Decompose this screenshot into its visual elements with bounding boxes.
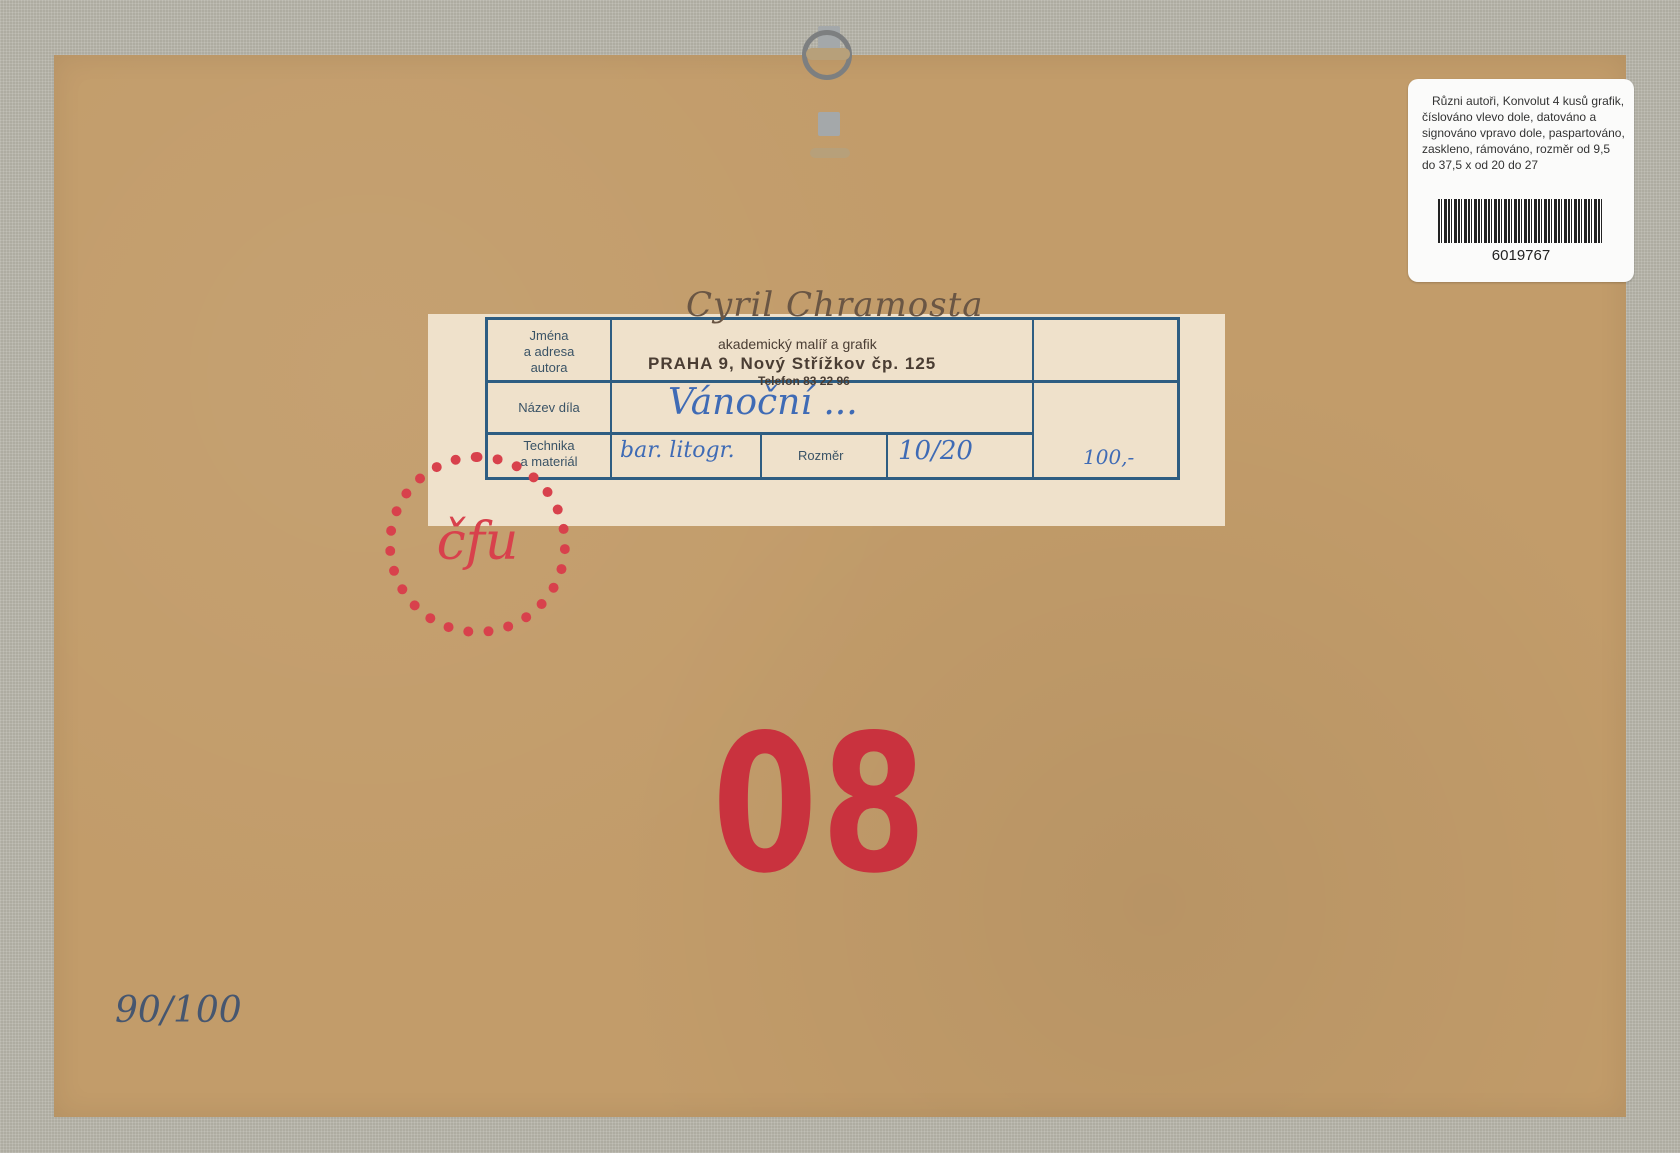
twine-bottom [810,148,850,158]
title-label: Název díla [488,400,610,416]
hanger-strap-bottom [818,112,840,136]
divider [610,320,612,477]
author-label-line: a adresa [488,344,610,360]
auction-sticker: Různi autoři, Konvolut 4 kusů grafik, čí… [1408,79,1634,282]
artist-signature: Cyril Chramosta [686,285,984,325]
divider [886,432,888,477]
sticker-description: Různi autoři, Konvolut 4 kusů grafik, čí… [1422,93,1626,173]
author-label-line: Jména [488,328,610,344]
author-address: PRAHA 9, Nový Střížkov čp. 125 [648,354,936,374]
author-title: akademický malíř a grafik [718,336,877,352]
divider [760,432,762,477]
size-label: Rozměr [798,448,844,463]
cardboard-backing [54,55,1626,1117]
price-value: 100,- [1083,445,1134,469]
stamp-monogram: čfu [395,512,560,572]
title-value: Vánoční ... [668,382,858,423]
twine [806,48,850,60]
barcode-number: 6019767 [1408,247,1634,264]
red-number: 08 [712,710,930,900]
hanging-ring-icon [800,30,860,160]
red-stamp: čfu [385,452,570,637]
edition-number: 90/100 [115,990,242,1031]
author-label: Jména a adresa autora [488,328,610,376]
barcode-icon [1438,199,1602,243]
author-label-line: autora [488,360,610,376]
size-value: 10/20 [898,436,973,466]
label-form: Jména a adresa autora akademický malíř a… [485,317,1180,480]
technique-label-line: Technika [488,438,610,454]
divider [1032,320,1034,477]
technique-value: bar. litogr. [620,438,735,463]
